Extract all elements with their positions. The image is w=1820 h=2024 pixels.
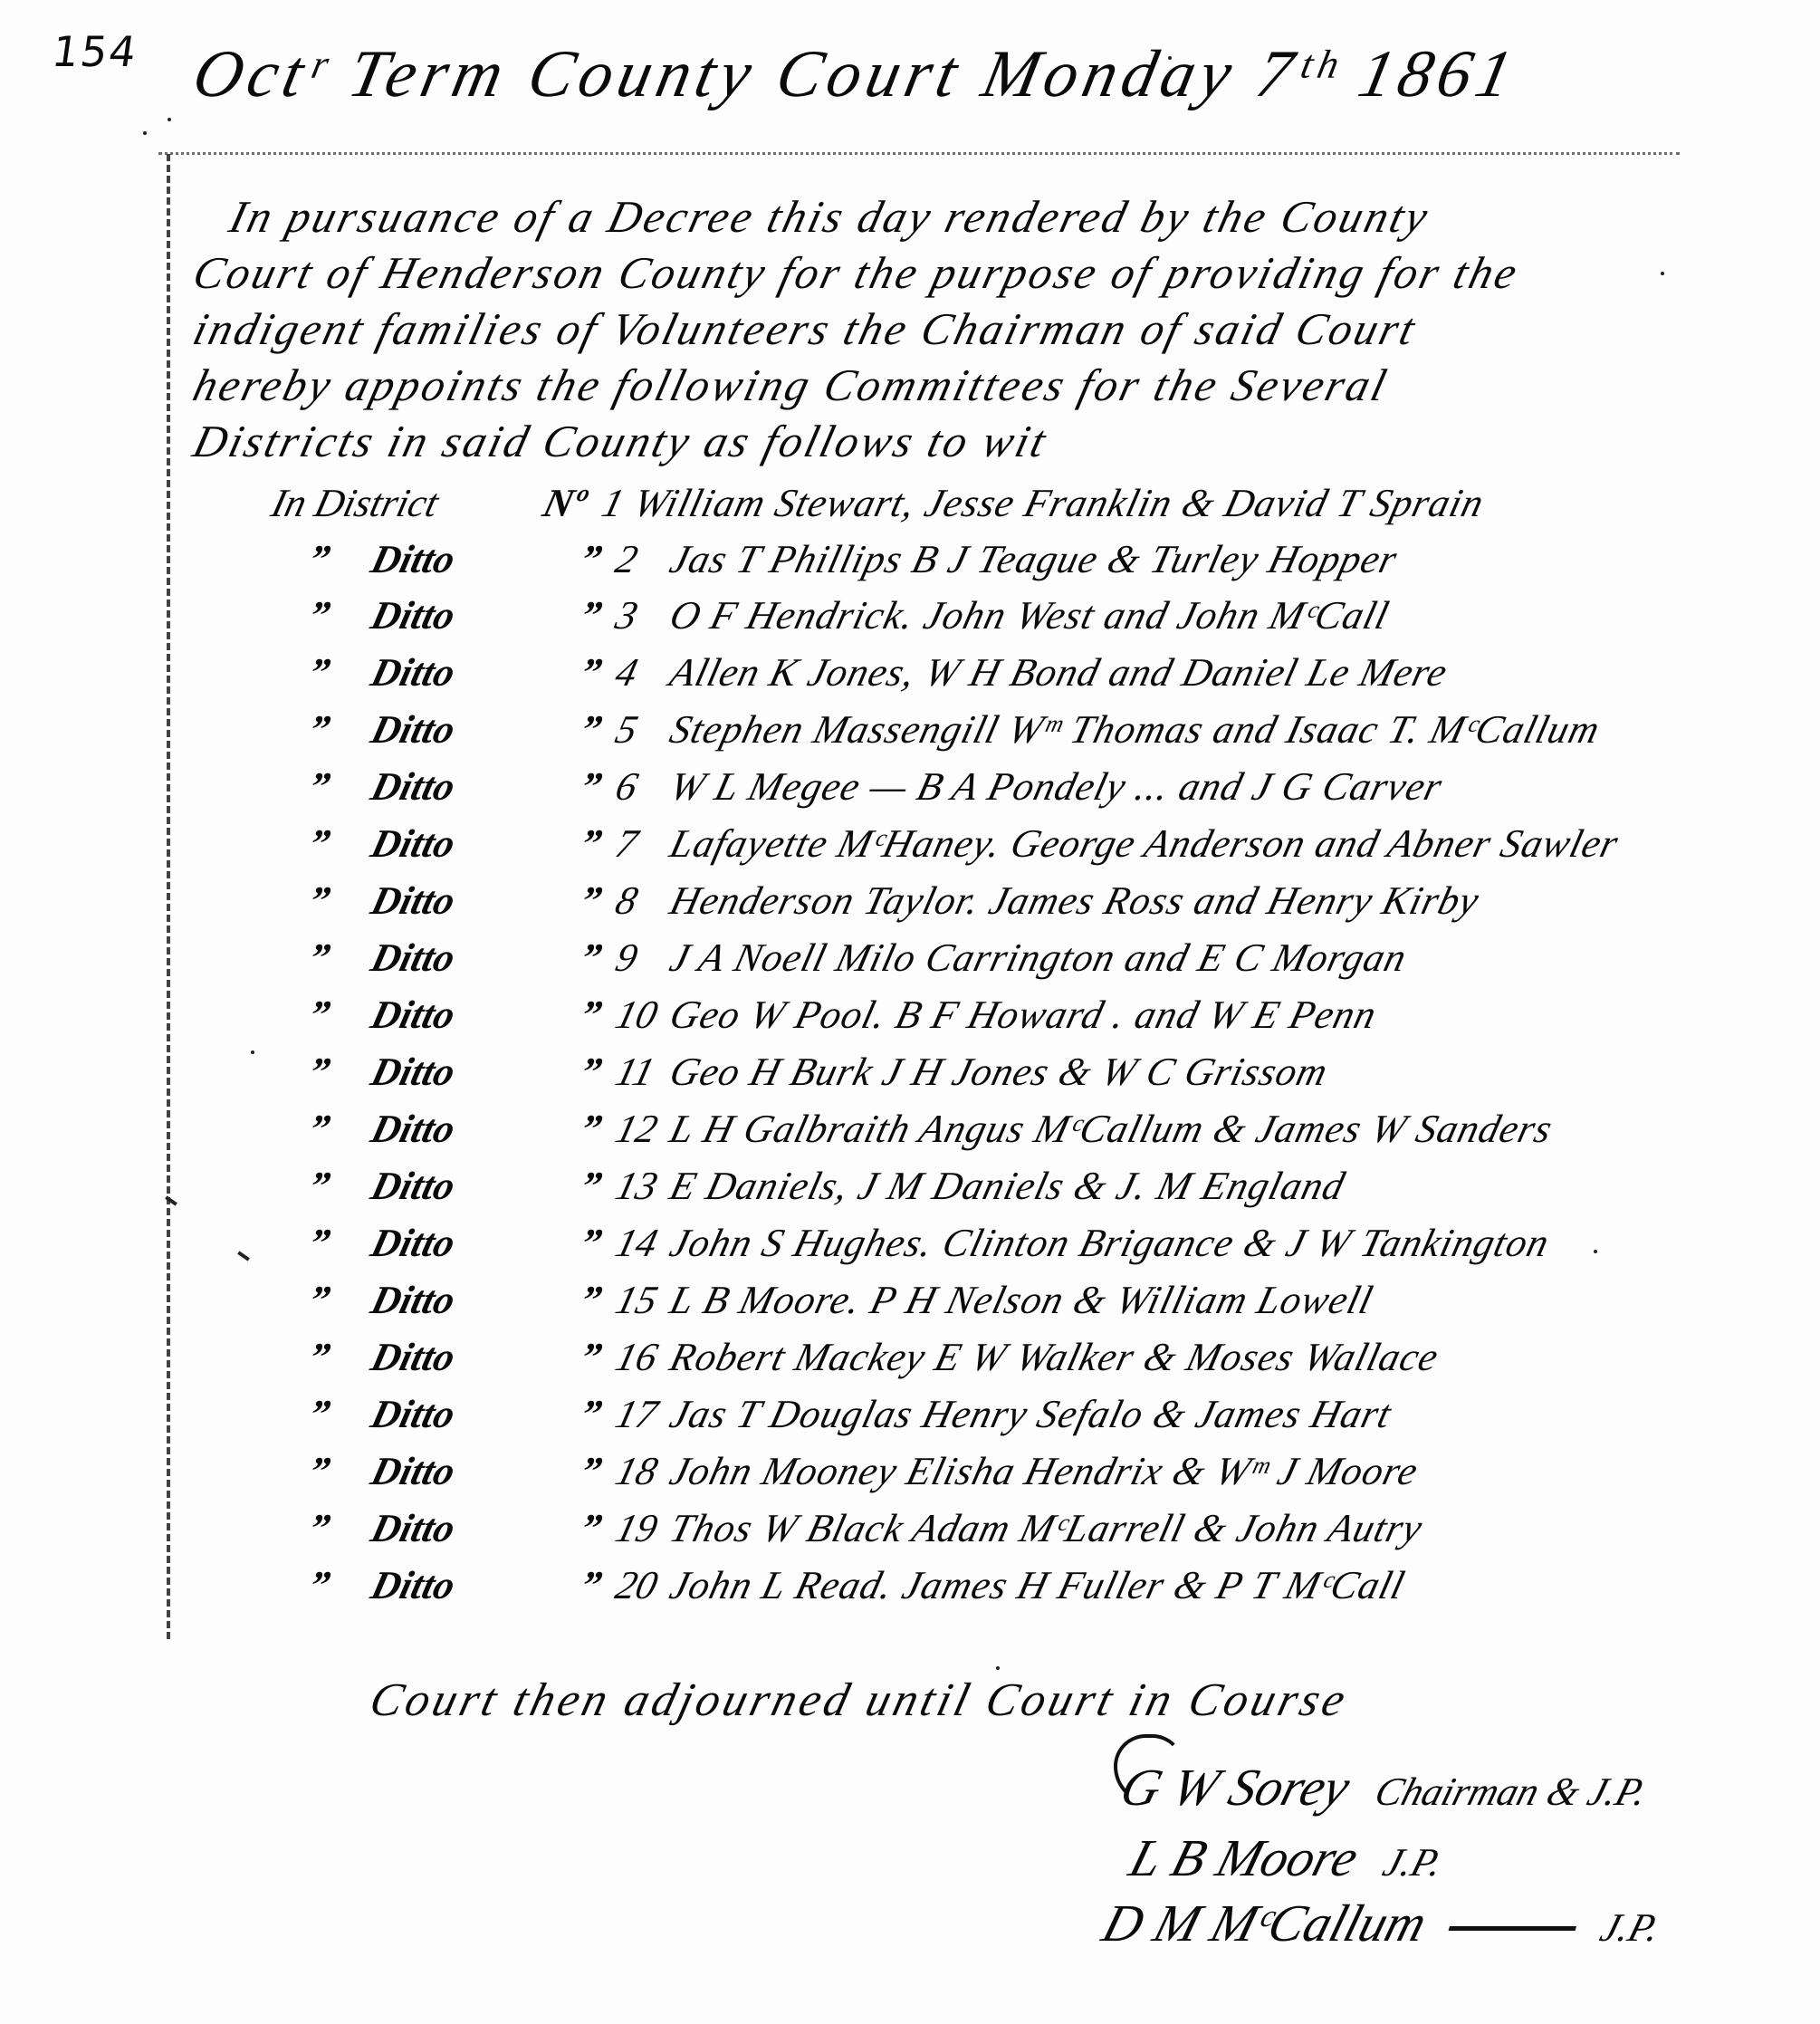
district-number: 13 xyxy=(611,1163,663,1209)
ditto-mark: ” xyxy=(575,1391,607,1437)
district-number: 16 xyxy=(611,1334,663,1380)
ditto-mark: ” xyxy=(303,1049,335,1095)
district-number: 19 xyxy=(611,1505,663,1551)
district-number: 8 xyxy=(611,878,643,924)
district-number: 10 xyxy=(611,992,663,1038)
paragraph-line: Districts in said County as follows to w… xyxy=(188,415,1054,467)
committee-members: Jas T Phillips B J Teague & Turley Hoppe… xyxy=(666,536,1403,582)
ditto-word: Ditto xyxy=(367,1448,460,1494)
district-row: ” Ditto ” 15 L B Moore. P H Nelson & Wil… xyxy=(265,1277,1637,1331)
ditto-word: Ditto xyxy=(367,1277,460,1323)
title-rule xyxy=(158,152,1680,155)
committee-members: Lafayette MᶜHaney. George Anderson and A… xyxy=(666,820,1624,867)
district-row: ” Ditto ” 10 Geo W Pool. B F Howard . an… xyxy=(265,992,1637,1046)
ditto-mark: ” xyxy=(303,706,335,753)
committee-members: W L Megee — B A Pondely ... and J G Carv… xyxy=(666,763,1448,810)
ditto-mark: ” xyxy=(303,763,335,810)
committee-members: John L Read. James H Fuller & P T MᶜCall xyxy=(666,1562,1410,1608)
district-row: ” Ditto ” 17 Jas T Douglas Henry Sefalo … xyxy=(265,1391,1637,1445)
committee-members: Robert Mackey E W Walker & Moses Wallace xyxy=(666,1334,1444,1380)
district-row: ” Ditto ” 19 Thos W Black Adam MᶜLarrell… xyxy=(265,1505,1637,1559)
ditto-mark: ” xyxy=(575,763,607,810)
district-row: ” Ditto ” 4 Allen K Jones, W H Bond and … xyxy=(265,649,1637,704)
signer-title: J.P. xyxy=(1378,1840,1448,1885)
signer-name: D M MᶜCallum xyxy=(1097,1894,1433,1952)
page-number: 154 xyxy=(49,27,140,76)
ditto-mark: ” xyxy=(575,878,607,924)
signer-title: Chairman & J.P. xyxy=(1370,1770,1652,1814)
adjournment-note: Court then adjourned until Court in Cour… xyxy=(365,1674,1355,1727)
committee-members: E Daniels, J M Daniels & J. M England xyxy=(666,1163,1350,1209)
ditto-mark: ” xyxy=(575,935,607,981)
committee-members: Jas T Douglas Henry Sefalo & James Hart xyxy=(666,1391,1396,1437)
signer-name: G W Sorey xyxy=(1115,1758,1357,1817)
scan-speck xyxy=(251,1050,254,1054)
ditto-mark: ” xyxy=(575,649,607,695)
scan-speck xyxy=(996,1666,1000,1670)
committee-members: John Mooney Elisha Hendrix & Wᵐ J Moore xyxy=(666,1448,1423,1494)
ditto-mark: ” xyxy=(575,1562,607,1608)
district-number: 18 xyxy=(611,1448,663,1494)
ditto-word: Ditto xyxy=(367,1334,460,1380)
signature: D M MᶜCallum J.P. xyxy=(1096,1893,1669,1953)
district-row: ” Ditto ” 6 W L Megee — B A Pondely ... … xyxy=(265,763,1637,818)
ditto-mark: ” xyxy=(575,1277,607,1323)
ditto-mark: ” xyxy=(303,536,335,582)
district-row: ” Ditto ” 16 Robert Mackey E W Walker & … xyxy=(265,1334,1637,1388)
committee-members: J A Noell Milo Carrington and E C Morgan xyxy=(666,935,1412,981)
district-number: 12 xyxy=(611,1106,663,1152)
scan-speck xyxy=(168,118,171,121)
ditto-word: Ditto xyxy=(367,992,460,1038)
ditto-mark: ” xyxy=(575,1049,607,1095)
ditto-mark: ” xyxy=(575,1220,607,1266)
district-number: 11 xyxy=(611,1049,659,1095)
committee-members: Geo H Burk J H Jones & W C Grissom xyxy=(666,1049,1333,1095)
signature-underline xyxy=(1449,1926,1576,1931)
page-title: Octʳ Term County Court Monday 7ᵗʰ 1861 xyxy=(187,36,1524,113)
district-row: ” Ditto ” 14 John S Hughes. Clinton Brig… xyxy=(265,1220,1637,1274)
ditto-word: Ditto xyxy=(367,1220,460,1266)
ditto-mark: ” xyxy=(303,820,335,867)
ditto-mark: ” xyxy=(575,706,607,753)
ditto-mark: ” xyxy=(303,1448,335,1494)
ditto-mark: ” xyxy=(303,878,335,924)
ditto-word: Ditto xyxy=(367,820,460,867)
district-row: ” Ditto ” 3 O F Hendrick. John West and … xyxy=(265,592,1637,647)
ditto-word: Ditto xyxy=(367,649,460,695)
district-number: 6 xyxy=(611,763,643,810)
committee-members: L H Galbraith Angus MᶜCallum & James W S… xyxy=(666,1106,1557,1152)
district-row: ” Ditto ” 18 John Mooney Elisha Hendrix … xyxy=(265,1448,1637,1502)
ditto-mark: ” xyxy=(575,1334,607,1380)
district-number: 4 xyxy=(611,649,643,695)
ditto-mark: ” xyxy=(303,1505,335,1551)
district-row: In District Nº 1 William Stewart, Jesse … xyxy=(265,480,1637,534)
ditto-word: Ditto xyxy=(367,1505,460,1551)
ditto-mark: ” xyxy=(303,1391,335,1437)
committee-members: Stephen Massengill Wᵐ Thomas and Isaac T… xyxy=(666,706,1605,753)
district-number: 15 xyxy=(611,1277,663,1323)
district-row: ” Ditto ” 2 Jas T Phillips B J Teague & … xyxy=(265,536,1637,590)
ditto-word: Ditto xyxy=(367,878,460,924)
ditto-mark: ” xyxy=(303,935,335,981)
district-number: 9 xyxy=(611,935,643,981)
signature: L B Moore J.P. xyxy=(1123,1827,1451,1888)
district-number: 20 xyxy=(611,1562,663,1608)
number-label: Nº xyxy=(539,480,591,526)
ditto-mark: ” xyxy=(303,1106,335,1152)
ditto-mark: ” xyxy=(303,1334,335,1380)
ditto-mark: ” xyxy=(303,1277,335,1323)
ditto-mark: ” xyxy=(575,592,607,638)
committee-members: Henderson Taylor. James Ross and Henry K… xyxy=(666,878,1484,924)
signature: G W Sorey Chairman & J.P. xyxy=(1114,1757,1655,1818)
committee-members: L B Moore. P H Nelson & William Lowell xyxy=(666,1277,1378,1323)
signature-block: G W Sorey Chairman & J.P. L B Moore J.P.… xyxy=(1087,1757,1720,1974)
ditto-mark: ” xyxy=(303,992,335,1038)
ditto-word: Ditto xyxy=(367,536,460,582)
ditto-mark: ” xyxy=(575,536,607,582)
ditto-word: Ditto xyxy=(367,706,460,753)
ditto-mark: ” xyxy=(303,1220,335,1266)
district-row: ” Ditto ” 7 Lafayette MᶜHaney. George An… xyxy=(265,820,1637,875)
ditto-mark: ” xyxy=(303,649,335,695)
ditto-mark: ” xyxy=(303,1163,335,1209)
district-row: ” Ditto ” 11 Geo H Burk J H Jones & W C … xyxy=(265,1049,1637,1103)
district-prefix: In District xyxy=(267,480,444,526)
paragraph-line: indigent families of Volunteers the Chai… xyxy=(188,302,1422,355)
district-number: 2 xyxy=(611,536,643,582)
committee-members: William Stewart, Jesse Franklin & David … xyxy=(629,480,1490,526)
committee-members: O F Hendrick. John West and John MᶜCall xyxy=(666,592,1394,638)
ditto-word: Ditto xyxy=(367,1391,460,1437)
paragraph-line: Court of Henderson County for the purpos… xyxy=(188,246,1525,299)
ditto-word: Ditto xyxy=(367,1106,460,1152)
ditto-mark: ” xyxy=(303,1562,335,1608)
committee-members: John S Hughes. Clinton Brigance & J W Ta… xyxy=(666,1220,1555,1266)
district-number: 1 xyxy=(598,480,629,526)
ditto-word: Ditto xyxy=(367,592,460,638)
ditto-word: Ditto xyxy=(367,1562,460,1608)
signer-name: L B Moore xyxy=(1124,1828,1365,1887)
district-number: 17 xyxy=(611,1391,663,1437)
committee-members: Geo W Pool. B F Howard . and W E Penn xyxy=(666,992,1382,1038)
ditto-mark: ” xyxy=(575,1505,607,1551)
ditto-mark: ” xyxy=(575,820,607,867)
ditto-mark: ” xyxy=(575,1448,607,1494)
ditto-mark: ” xyxy=(575,992,607,1038)
district-row: ” Ditto ” 13 E Daniels, J M Daniels & J.… xyxy=(265,1163,1637,1217)
ditto-word: Ditto xyxy=(367,1049,460,1095)
signer-title: J.P. xyxy=(1595,1905,1665,1950)
district-row: ” Ditto ” 9 J A Noell Milo Carrington an… xyxy=(265,935,1637,989)
district-number: 14 xyxy=(611,1220,663,1266)
ditto-mark: ” xyxy=(575,1163,607,1209)
district-row: ” Ditto ” 12 L H Galbraith Angus MᶜCallu… xyxy=(265,1106,1637,1160)
ditto-mark: ” xyxy=(303,592,335,638)
district-number: 7 xyxy=(611,820,643,867)
ditto-word: Ditto xyxy=(367,763,460,810)
ditto-word: Ditto xyxy=(367,935,460,981)
left-margin-rule xyxy=(167,154,170,1639)
district-row: ” Ditto ” 20 John L Read. James H Fuller… xyxy=(265,1562,1637,1616)
ledger-page: 154 Octʳ Term County Court Monday 7ᵗʰ 18… xyxy=(0,0,1820,2024)
paragraph-line: In pursuance of a Decree this day render… xyxy=(225,190,1436,243)
district-number: 5 xyxy=(611,706,643,753)
scan-speck xyxy=(143,131,147,135)
committee-members: Allen K Jones, W H Bond and Daniel Le Me… xyxy=(666,649,1452,695)
paragraph-line: hereby appoints the following Committees… xyxy=(188,359,1394,411)
margin-mark xyxy=(237,1251,250,1261)
ditto-word: Ditto xyxy=(367,1163,460,1209)
scan-speck xyxy=(1661,272,1664,275)
district-row: ” Ditto ” 5 Stephen Massengill Wᵐ Thomas… xyxy=(265,706,1637,761)
district-number: 3 xyxy=(611,592,643,638)
district-row: ” Ditto ” 8 Henderson Taylor. James Ross… xyxy=(265,878,1637,932)
ditto-mark: ” xyxy=(575,1106,607,1152)
committee-members: Thos W Black Adam MᶜLarrell & John Autry xyxy=(666,1505,1428,1551)
